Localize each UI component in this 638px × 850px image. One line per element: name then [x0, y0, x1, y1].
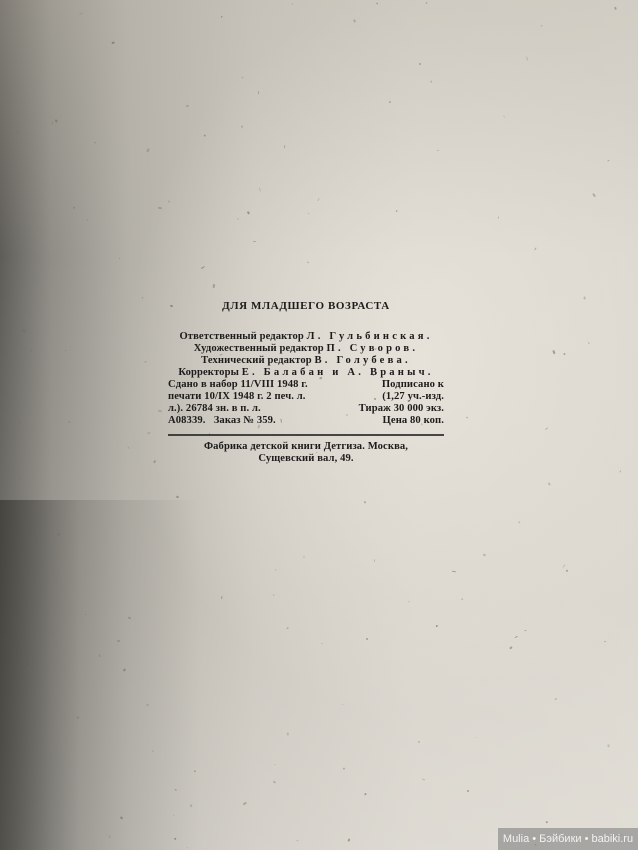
divider-rule [168, 434, 444, 436]
print-detail-line: печати 10/IX 1948 г. 2 печ. л. (1,27 уч.… [168, 391, 444, 403]
credit-line-proofreaders: Корректоры Е. Балабан и А. Враныч. [168, 367, 444, 379]
age-group-heading: ДЛЯ МЛАДШЕГО ВОЗРАСТА [168, 300, 444, 312]
printer-address: Сущевский вал, 49. [168, 453, 444, 465]
page-shadow [0, 500, 200, 850]
credit-line-art-editor: Художественный редактор П. Суворов. [168, 343, 444, 355]
watermark: Mulia • Бэйбики • babiki.ru [498, 828, 638, 850]
print-detail-line: Сдано в набор 11/VIII 1948 г. Подписано … [168, 379, 444, 391]
credit-line-technical-editor: Технический редактор В. Голубева. [168, 355, 444, 367]
printer-line: Фабрика детской книги Детгиза. Москва, [168, 441, 444, 453]
print-detail-line: л.). 26784 зн. в п. л. Тираж 30 000 экз. [168, 403, 444, 415]
credit-line-responsible-editor: Ответственный редактор Л. Гульбинская. [168, 331, 444, 343]
colophon: ДЛЯ МЛАДШЕГО ВОЗРАСТА Ответственный реда… [168, 300, 444, 465]
print-detail-line: А08339. Заказ № 359. Цена 80 коп. [168, 415, 444, 427]
